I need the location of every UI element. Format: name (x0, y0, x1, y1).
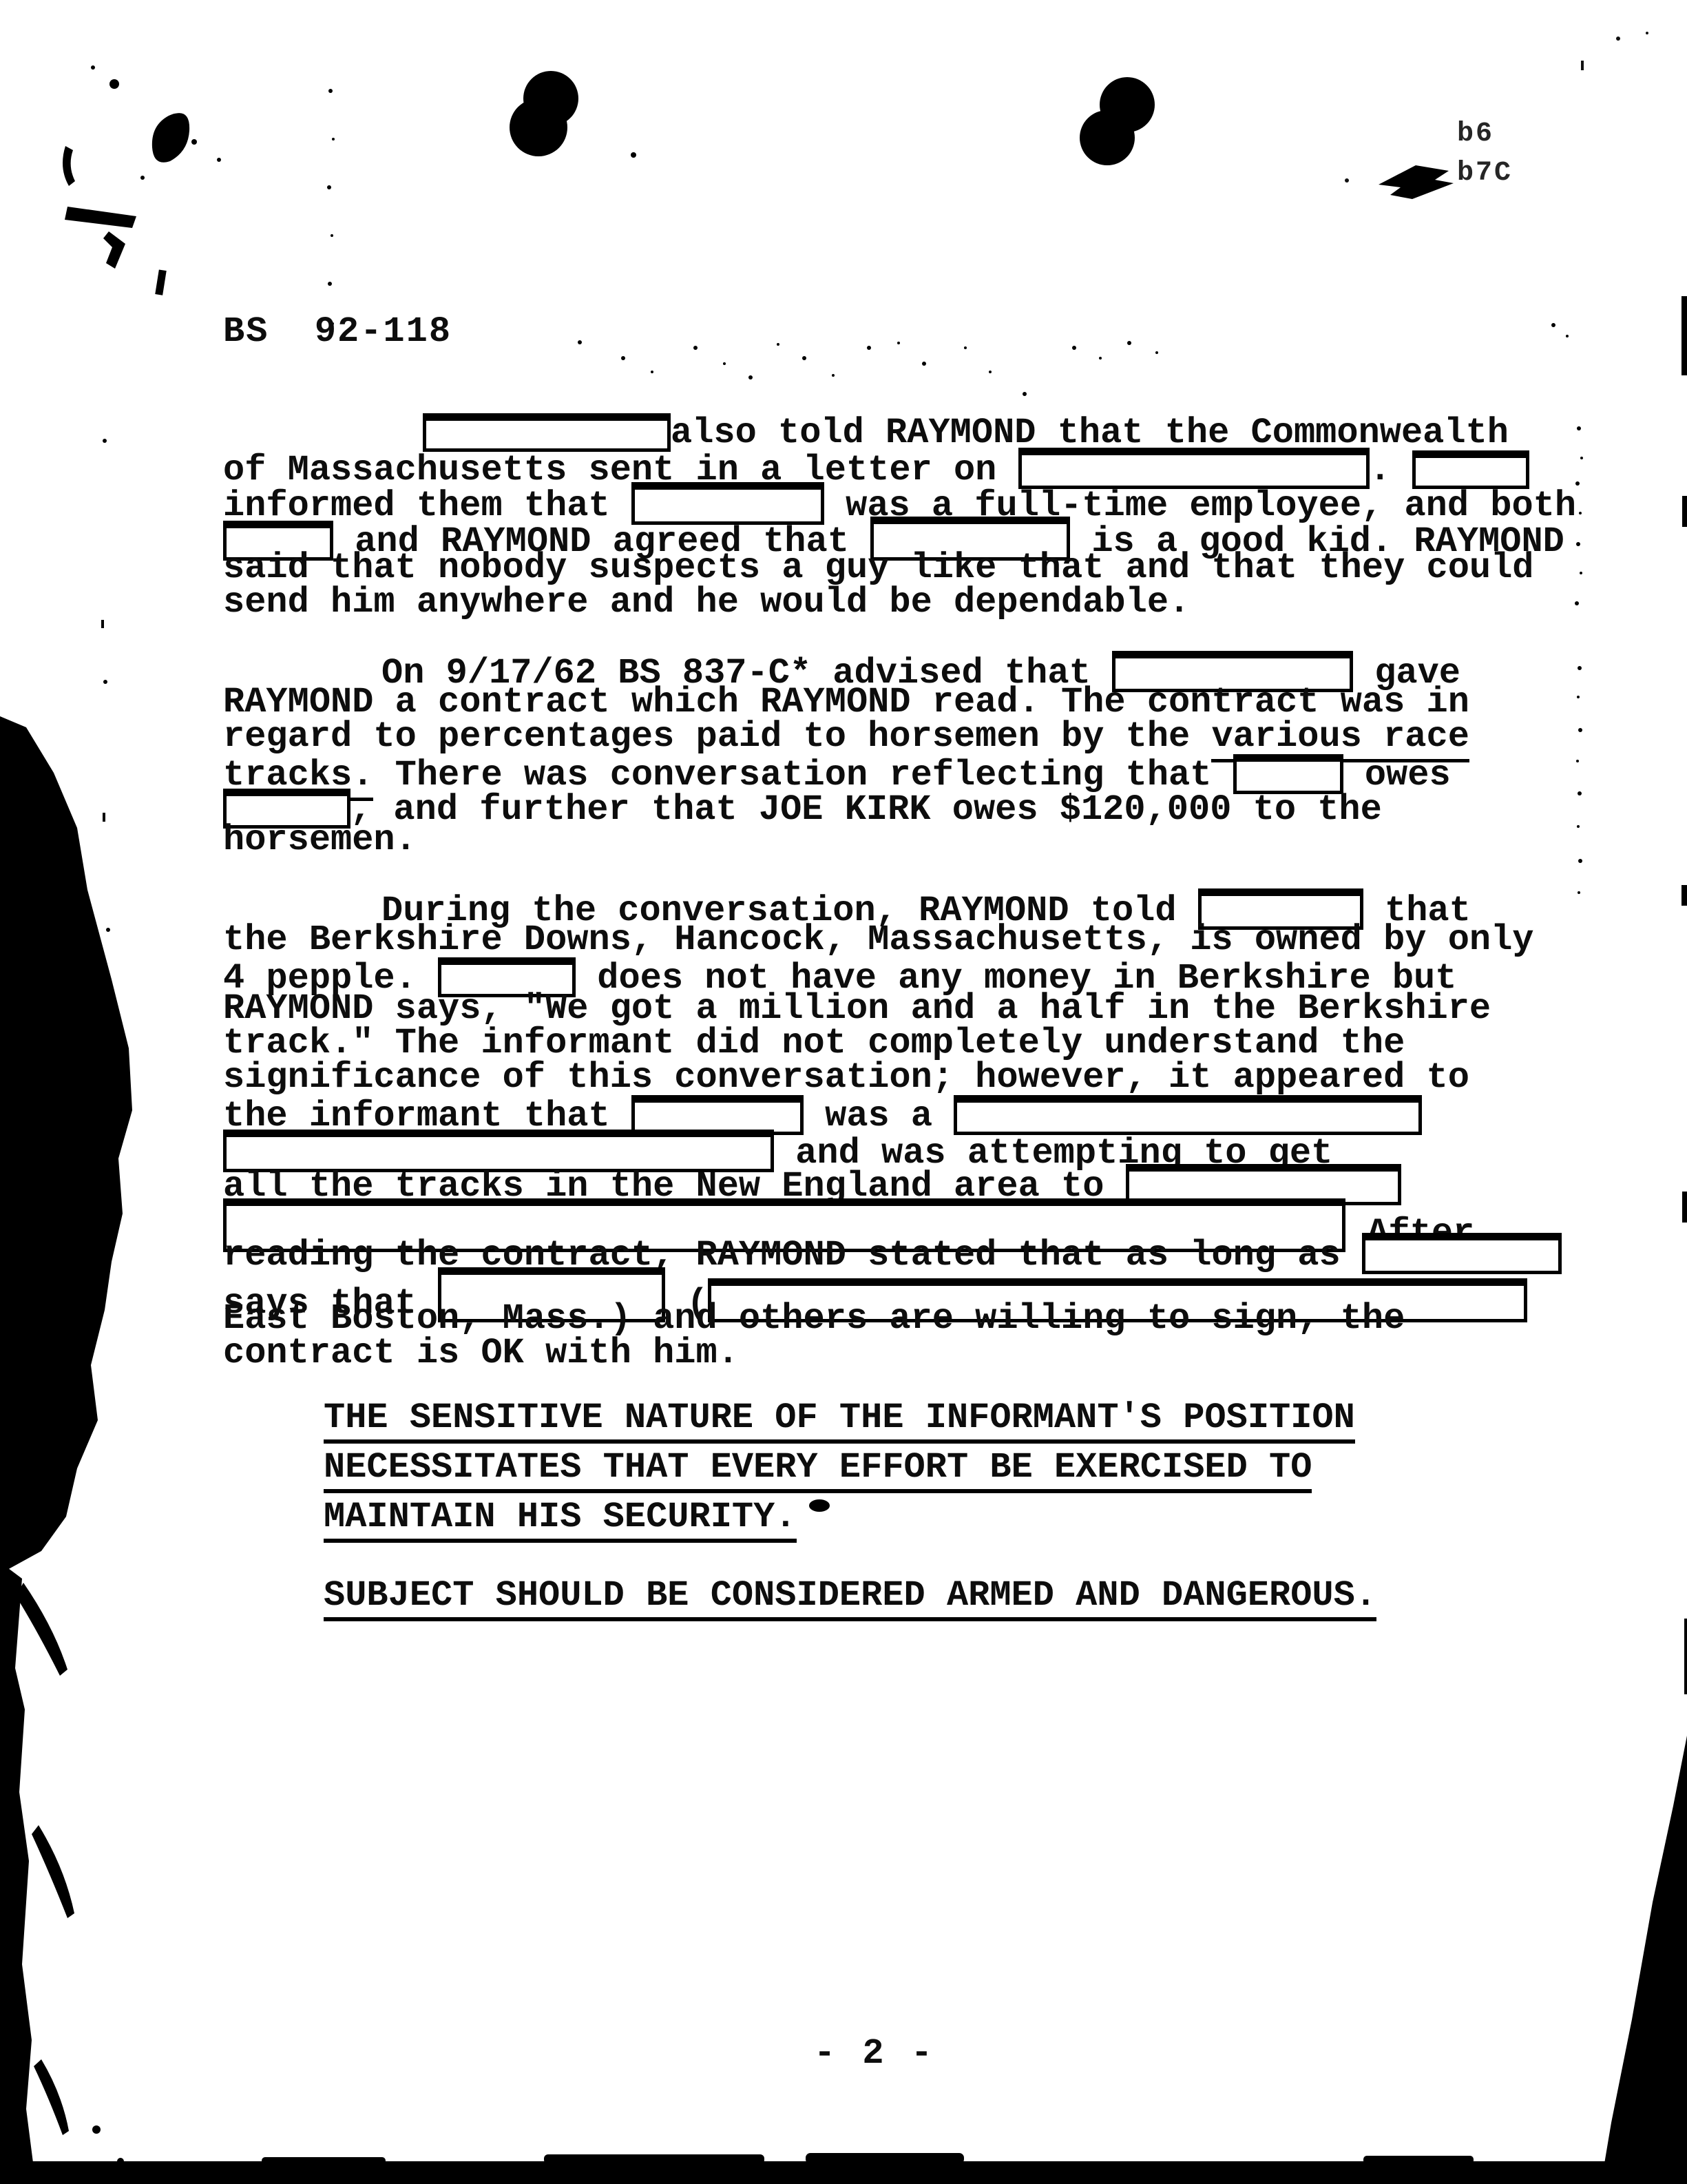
margin-classification-codes: b6 b7C (1457, 114, 1513, 193)
text-line: RAYMOND says, "We got a million and a ha… (223, 992, 1642, 1026)
text-line: said that nobody suspects a guy like tha… (223, 551, 1642, 585)
classification-code-b6: b6 (1457, 114, 1513, 154)
bottom-right-corner-wedge (1601, 1736, 1687, 2184)
text-segment: the Berkshire Downs, Hancock, Massachuse… (223, 919, 1534, 960)
underlined-notice: SUBJECT SHOULD BE CONSIDERED ARMED AND D… (223, 1576, 1642, 1621)
text-line: the Berkshire Downs, Hancock, Massachuse… (223, 923, 1642, 957)
text-segment: significance of this conversation; howev… (223, 1057, 1469, 1098)
text-segment: send him anywhere and he would be depend… (223, 582, 1190, 623)
file-number: BS 92-118 (223, 311, 452, 352)
redaction-box (423, 413, 671, 452)
notice-line: SUBJECT SHOULD BE CONSIDERED ARMED AND D… (324, 1576, 1376, 1621)
text-line: 4 pepple. does not have any money in Ber… (223, 957, 1642, 992)
underlined-notice: THE SENSITIVE NATURE OF THE INFORMANT'S … (223, 1398, 1642, 1543)
scanned-document-page: b6 b7C BS 92-118 also told RAYMOND that … (0, 0, 1687, 2184)
ink-blob-right (1080, 77, 1155, 165)
text-line: and RAYMOND agreed that is a good kid. R… (223, 517, 1642, 551)
text-line: regard to percentages paid to horsemen b… (223, 720, 1642, 754)
text-line: RAYMOND a contract which RAYMOND read. T… (223, 685, 1642, 720)
text-line: During the conversation, RAYMOND told th… (223, 888, 1642, 923)
left-edge-strip (0, 1410, 124, 2184)
text-line: says that ( (223, 1267, 1642, 1302)
text-line: significance of this conversation; howev… (223, 1061, 1642, 1095)
text-line: tracks. There was conversation reflectin… (223, 754, 1642, 789)
text-line: After (223, 1198, 1642, 1233)
page-number: - 2 - (814, 2033, 935, 2074)
text-line: and was attempting to get (223, 1130, 1642, 1164)
paragraph: On 9/17/62 BS 837-C* advised that gaveRA… (223, 651, 1642, 857)
text-line: reading the contract, RAYMOND stated tha… (223, 1233, 1642, 1267)
notice-line: THE SENSITIVE NATURE OF THE INFORMANT'S … (324, 1398, 1355, 1444)
header-smudge-dots (578, 323, 1569, 396)
text-line: track." The informant did not completely… (223, 1026, 1642, 1061)
left-edge-ink-blob (0, 716, 132, 1574)
top-left-ink-scribble (63, 65, 221, 295)
text-line: all the tracks in the New England area t… (223, 1164, 1642, 1198)
right-edge-slivers (1681, 296, 1687, 1694)
text-segment: horsemen. (223, 820, 417, 860)
text-line: send him anywhere and he would be depend… (223, 585, 1642, 620)
classification-code-b7c: b7C (1457, 154, 1513, 193)
text-segment: regard to percentages paid to horsemen b… (223, 716, 1211, 757)
text-line: the informant that was a (223, 1095, 1642, 1130)
left-margin-marks (101, 439, 110, 932)
text-segment: contract is OK with him. (223, 1333, 739, 1373)
text-line: also told RAYMOND that the Commonwealth (223, 413, 1642, 448)
notice-line: NECESSITATES THAT EVERY EFFORT BE EXERCI… (324, 1448, 1312, 1493)
text-line: contract is OK with him. (223, 1336, 1642, 1371)
notice-line: MAINTAIN HIS SECURITY. (324, 1497, 797, 1543)
document-body: also told RAYMOND that the Commonwealtho… (223, 413, 1642, 1625)
paragraph: During the conversation, RAYMOND told th… (223, 888, 1642, 1371)
text-segment: , and further that JOE KIRK owes $120,00… (350, 789, 1382, 830)
ink-blob-left (510, 71, 636, 158)
text-line: of Massachusetts sent in a letter on . (223, 448, 1642, 482)
paragraph: also told RAYMOND that the Commonwealtho… (223, 413, 1642, 620)
text-line: informed them that was a full-time emplo… (223, 482, 1642, 517)
speck-column (327, 89, 335, 325)
bottom-edge-bar (0, 2153, 1687, 2184)
b7c-arrow-ink-mark (1379, 165, 1454, 199)
text-line: On 9/17/62 BS 837-C* advised that gave (223, 651, 1642, 685)
